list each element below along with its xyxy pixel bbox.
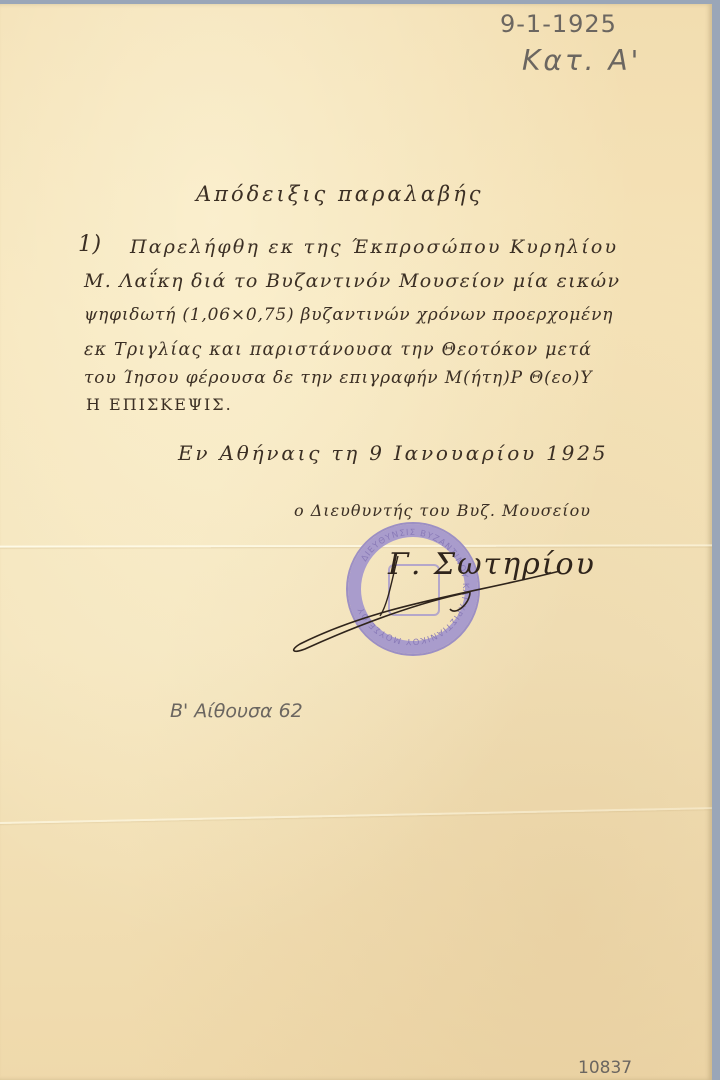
document-page: 9-1-1925 Κατ. Α' Απόδειξις παραλαβής 1) … <box>0 4 712 1080</box>
signature-flourish <box>0 4 712 704</box>
fold-line-lower <box>0 807 712 824</box>
room-location-note: Β' Αίθουσα 62 <box>170 700 303 722</box>
inventory-number: 10837 <box>578 1058 632 1078</box>
